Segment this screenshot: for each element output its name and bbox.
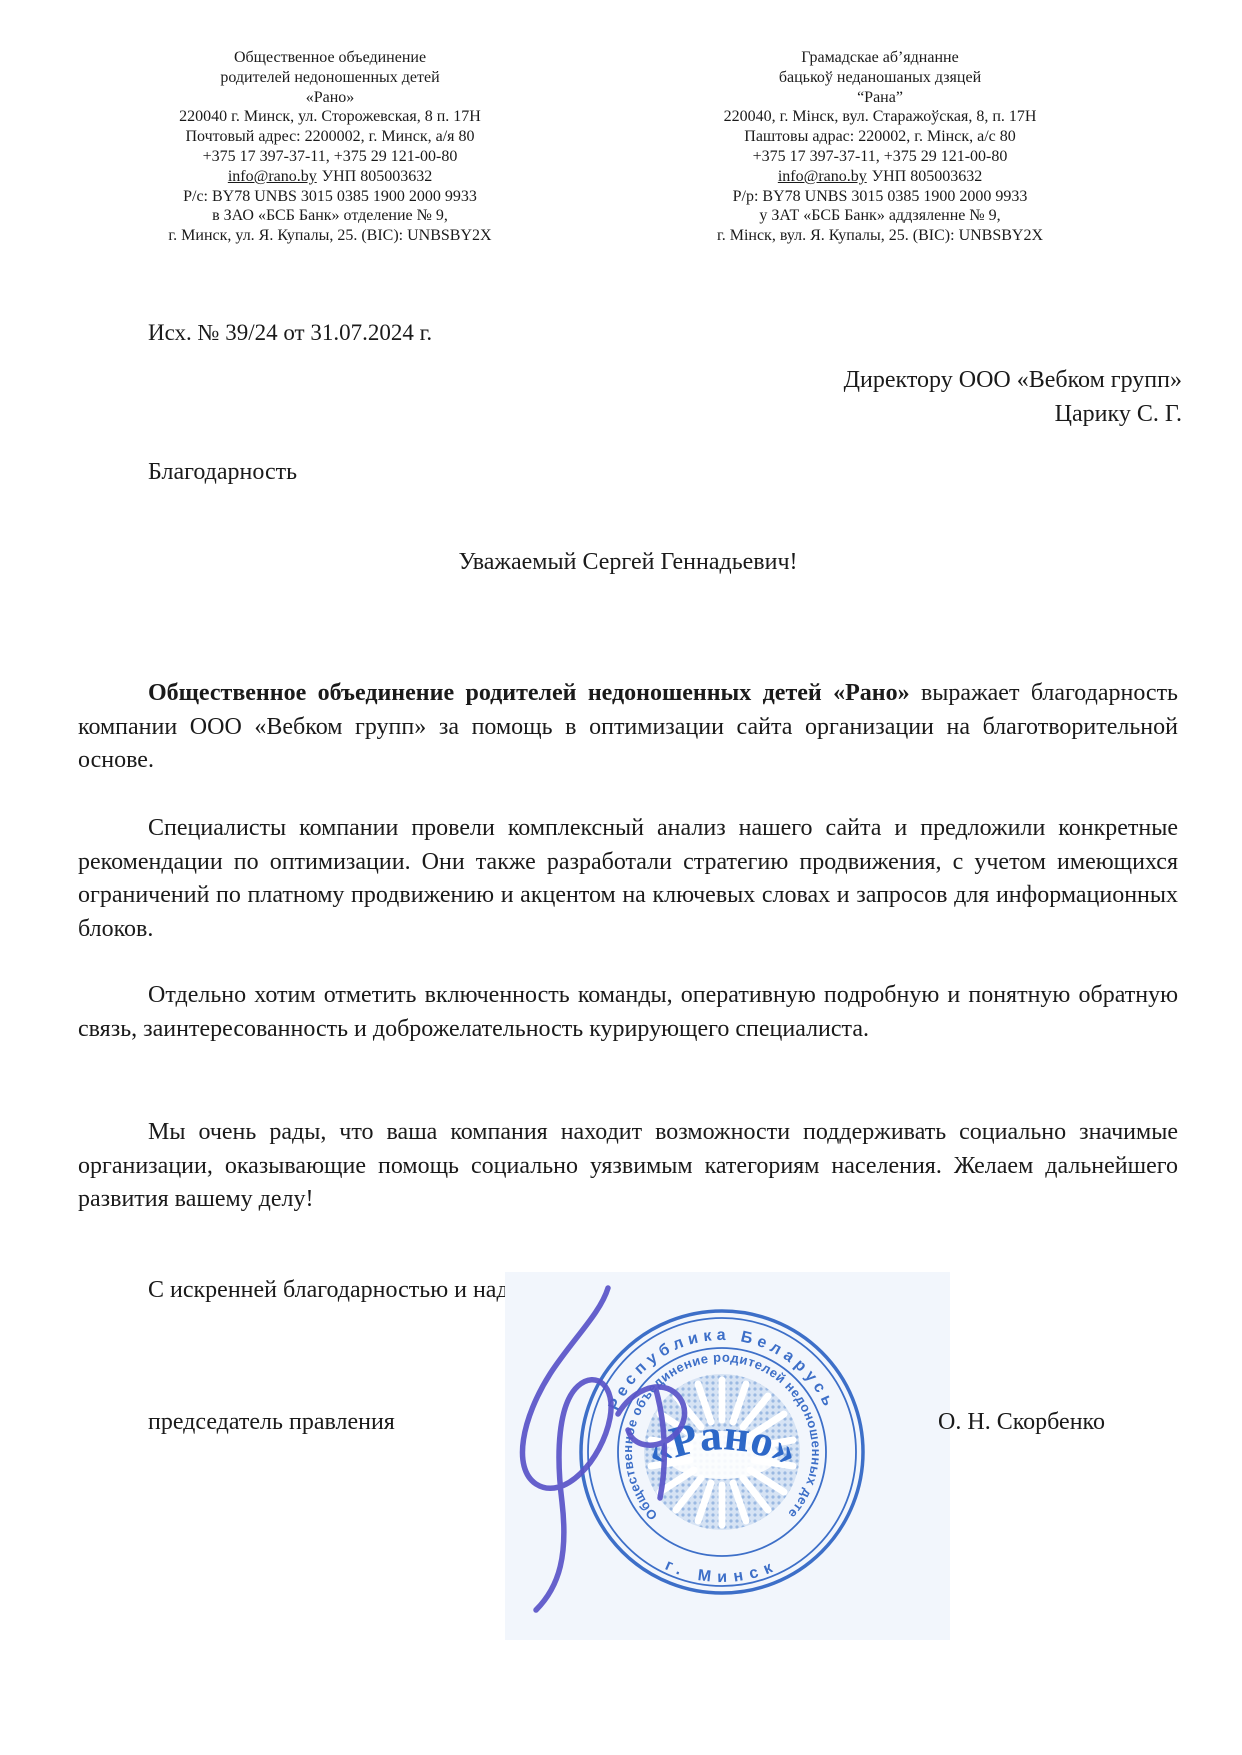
org-name-line: бацькоў неданошаных дзяцей [680,68,1080,88]
unp-number: УНП 805003632 [322,168,432,185]
org-bank-account: Р/с: BY78 UNBS 3015 0385 1900 2000 9933 [130,187,530,207]
org-short-name: «Рано» [130,88,530,108]
document-title: Благодарность [148,459,297,486]
org-bank-name: у ЗАТ «БСБ Банк» аддзяленне № 9, [680,206,1080,226]
email-link[interactable]: info@rano.by [778,168,867,185]
org-short-name: “Рана” [680,88,1080,108]
org-address: 220040, г. Мінск, вул. Старажоўская, 8, … [680,107,1080,127]
letter-page: Общественное объединение родителей недон… [0,0,1242,1755]
paragraph-1: Общественное объединение родителей недон… [78,677,1178,778]
org-bank-address: г. Мінск, вул. Я. Купалы, 25. (BIC): UNB… [680,226,1080,246]
addressee-title: Директору ООО «Вебком групп» [78,364,1182,398]
org-phones: +375 17 397-37-11, +375 29 121-00-80 [680,147,1080,167]
signer-position: председатель правления [148,1409,395,1436]
org-bank-address: г. Минск, ул. Я. Купалы, 25. (BIC): UNBS… [130,226,530,246]
salutation: Уважаемый Сергей Геннадьевич! [78,549,1178,576]
unp-number: УНП 805003632 [872,168,982,185]
letterhead-right: Грамадскае аб’яднанне бацькоў неданошаны… [680,48,1080,246]
org-name-line: родителей недоношенных детей [130,68,530,88]
org-email-unp-line: info@rano.byУНП 805003632 [680,167,1080,187]
paragraph-4: Мы очень рады, что ваша компания находит… [78,1116,1178,1217]
org-phones: +375 17 397-37-11, +375 29 121-00-80 [130,147,530,167]
paragraph-3: Отдельно хотим отметить включенность ком… [78,979,1178,1046]
paragraph-2: Специалисты компании провели комплексный… [78,812,1178,946]
addressee-name: Царику С. Г. [78,398,1182,432]
ref-number: Исх. № 39/24 от 31.07.2024 г. [148,320,432,346]
signer-name: О. Н. Скорбенко [938,1409,1105,1436]
org-name-line: Общественное объединение [130,48,530,68]
org-full-name-bold: Общественное объединение родителей недон… [148,680,910,706]
addressee-block: Директору ООО «Вебком групп» Царику С. Г… [78,364,1182,431]
email-link[interactable]: info@rano.by [228,168,317,185]
org-postal-address: Почтовый адрес: 2200002, г. Минск, а/я 8… [130,127,530,147]
org-bank-name: в ЗАО «БСБ Банк» отделение № 9, [130,206,530,226]
org-address: 220040 г. Минск, ул. Сторожевская, 8 п. … [130,107,530,127]
letterhead-left: Общественное объединение родителей недон… [130,48,530,246]
org-bank-account: Р/р: BY78 UNBS 3015 0385 1900 2000 9933 [680,187,1080,207]
org-email-unp-line: info@rano.byУНП 805003632 [130,167,530,187]
org-name-line: Грамадскае аб’яднанне [680,48,1080,68]
signature [460,1262,780,1642]
org-postal-address: Паштовы адрас: 220002, г. Мінск, а/с 80 [680,127,1080,147]
